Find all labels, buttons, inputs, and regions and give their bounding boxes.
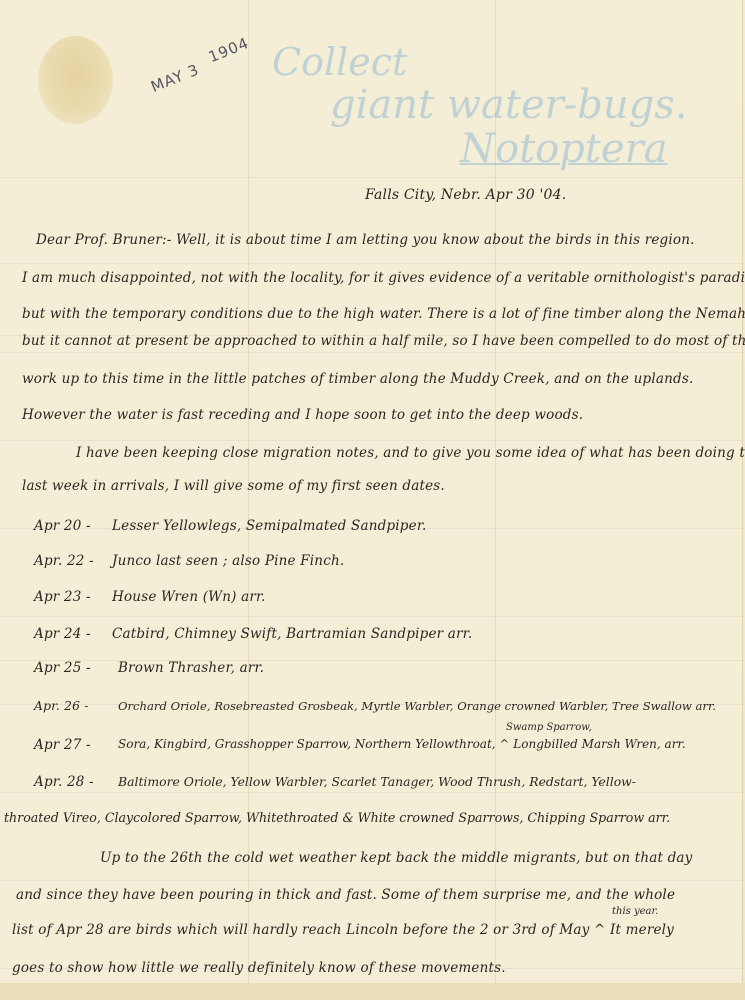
- entry-date: Apr 27 -: [34, 737, 91, 753]
- entry-text: Sora, Kingbird, Grasshopper Sparrow, Nor…: [118, 737, 686, 751]
- letter-line: work up to this time in the little patch…: [22, 371, 693, 387]
- letter-dateline: Falls City, Nebr. Apr 30 '04.: [365, 187, 566, 203]
- ruled-line: [0, 352, 742, 353]
- letter-line: but with the temporary conditions due to…: [22, 306, 745, 322]
- letter-line: However the water is fast receding and I…: [22, 407, 583, 423]
- pencil-annotation-line: Collect: [272, 40, 407, 84]
- paper-stain: [38, 36, 113, 124]
- entry-text: Junco last seen ; also Pine Finch.: [112, 553, 344, 569]
- inserted-note: this year.: [612, 906, 658, 917]
- entry-date: Apr. 22 -: [34, 553, 94, 569]
- paper-fold: [0, 660, 742, 661]
- entry-date: Apr 20 -: [34, 518, 91, 534]
- pencil-annotation-line: Notoptera: [460, 126, 668, 172]
- pencil-annotation-line: giant water-bugs.: [330, 82, 687, 128]
- scan-background-strip: [0, 983, 745, 1000]
- entry-text: Orchard Oriole, Rosebreasted Grosbeak, M…: [118, 699, 716, 713]
- letter-line: I have been keeping close migration note…: [76, 445, 745, 461]
- letter-line: last week in arrivals, I will give some …: [22, 478, 445, 494]
- entry-text: Brown Thrasher, arr.: [118, 660, 264, 676]
- entry-date: Apr 23 -: [34, 589, 91, 605]
- entry-continuation: throated Vireo, Claycolored Sparrow, Whi…: [4, 810, 670, 825]
- entry-text: Catbird, Chimney Swift, Bartramian Sandp…: [112, 626, 472, 642]
- entry-text: Baltimore Oriole, Yellow Warbler, Scarle…: [118, 774, 636, 789]
- entry-text: House Wren (Wn) arr.: [112, 589, 266, 605]
- ruled-line: [0, 440, 742, 441]
- letter-line: goes to show how little we really defini…: [12, 960, 506, 976]
- letter-line: Dear Prof. Bruner:- Well, it is about ti…: [36, 232, 695, 248]
- letter-line: but it cannot at present be approached t…: [22, 333, 745, 349]
- ruled-line: [0, 792, 742, 793]
- entry-date: Apr. 26 -: [34, 699, 89, 713]
- scanned-letter-page: MAY 31904 Collect giant water-bugs. Noto…: [0, 0, 745, 1000]
- letter-line: I am much disappointed, not with the loc…: [22, 270, 745, 286]
- inserted-note: Swamp Sparrow,: [506, 722, 592, 733]
- entry-date: Apr. 28 -: [34, 774, 94, 790]
- entry-date: Apr 24 -: [34, 626, 91, 642]
- ruled-line: [0, 263, 742, 264]
- ruled-line: [0, 880, 742, 881]
- letter-line: Up to the 26th the cold wet weather kept…: [100, 850, 693, 866]
- entry-text: Lesser Yellowlegs, Semipalmated Sandpipe…: [112, 518, 427, 534]
- entry-date: Apr 25 -: [34, 660, 91, 676]
- letter-line: list of Apr 28 are birds which will hard…: [12, 922, 674, 938]
- ruled-line: [0, 616, 742, 617]
- letter-line: and since they have been pouring in thic…: [16, 887, 675, 903]
- ruled-line: [0, 177, 742, 178]
